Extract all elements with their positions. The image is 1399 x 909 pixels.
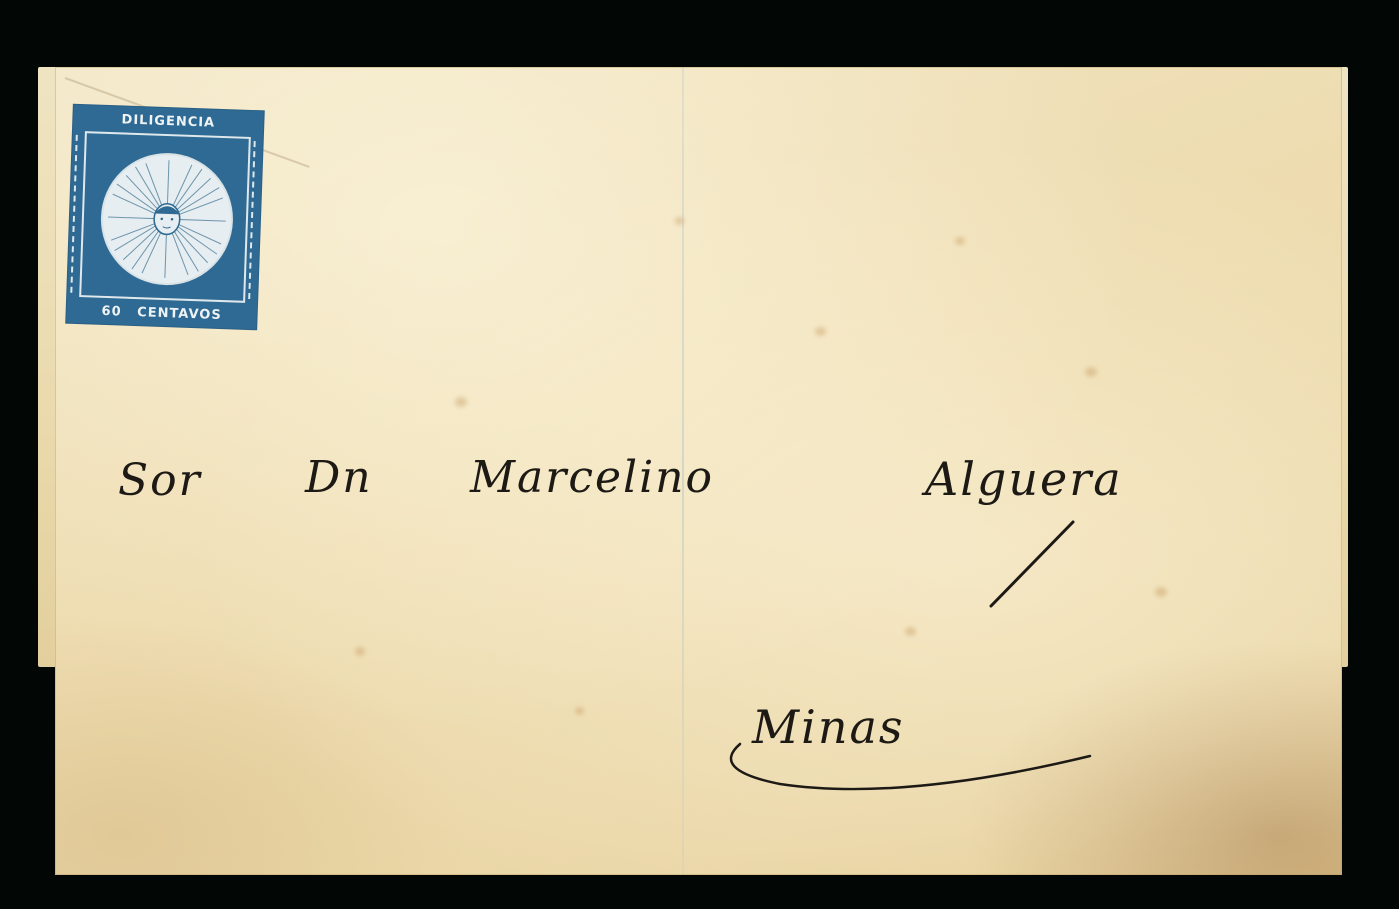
handwritten-title: Dn — [305, 452, 373, 503]
foxing-spot — [905, 627, 916, 636]
photo-scene: DILIGENCIA — [0, 0, 1399, 909]
foxing-spot — [355, 647, 365, 656]
handwritten-surname: Alguera — [925, 452, 1123, 506]
foxing-spot — [1155, 587, 1167, 597]
sun-face-icon — [99, 151, 236, 288]
foxing-spot — [815, 327, 826, 336]
handwritten-first-name: Marcelino — [470, 452, 714, 503]
pen-stroke-flourish — [985, 520, 1075, 610]
foxing-spot — [955, 237, 965, 245]
stamp-frame — [79, 131, 251, 303]
postage-stamp: DILIGENCIA — [66, 105, 263, 329]
foxing-spot — [1085, 367, 1097, 377]
handwritten-salutation: Sor — [118, 455, 202, 506]
stamp-top-text: DILIGENCIA — [73, 111, 263, 133]
underline-flourish — [720, 740, 1100, 800]
foxing-spot — [455, 397, 467, 407]
foxing-spot — [675, 217, 684, 225]
stamp-value-text: 60 CENTAVOS — [66, 303, 256, 325]
foxing-spot — [575, 707, 584, 715]
